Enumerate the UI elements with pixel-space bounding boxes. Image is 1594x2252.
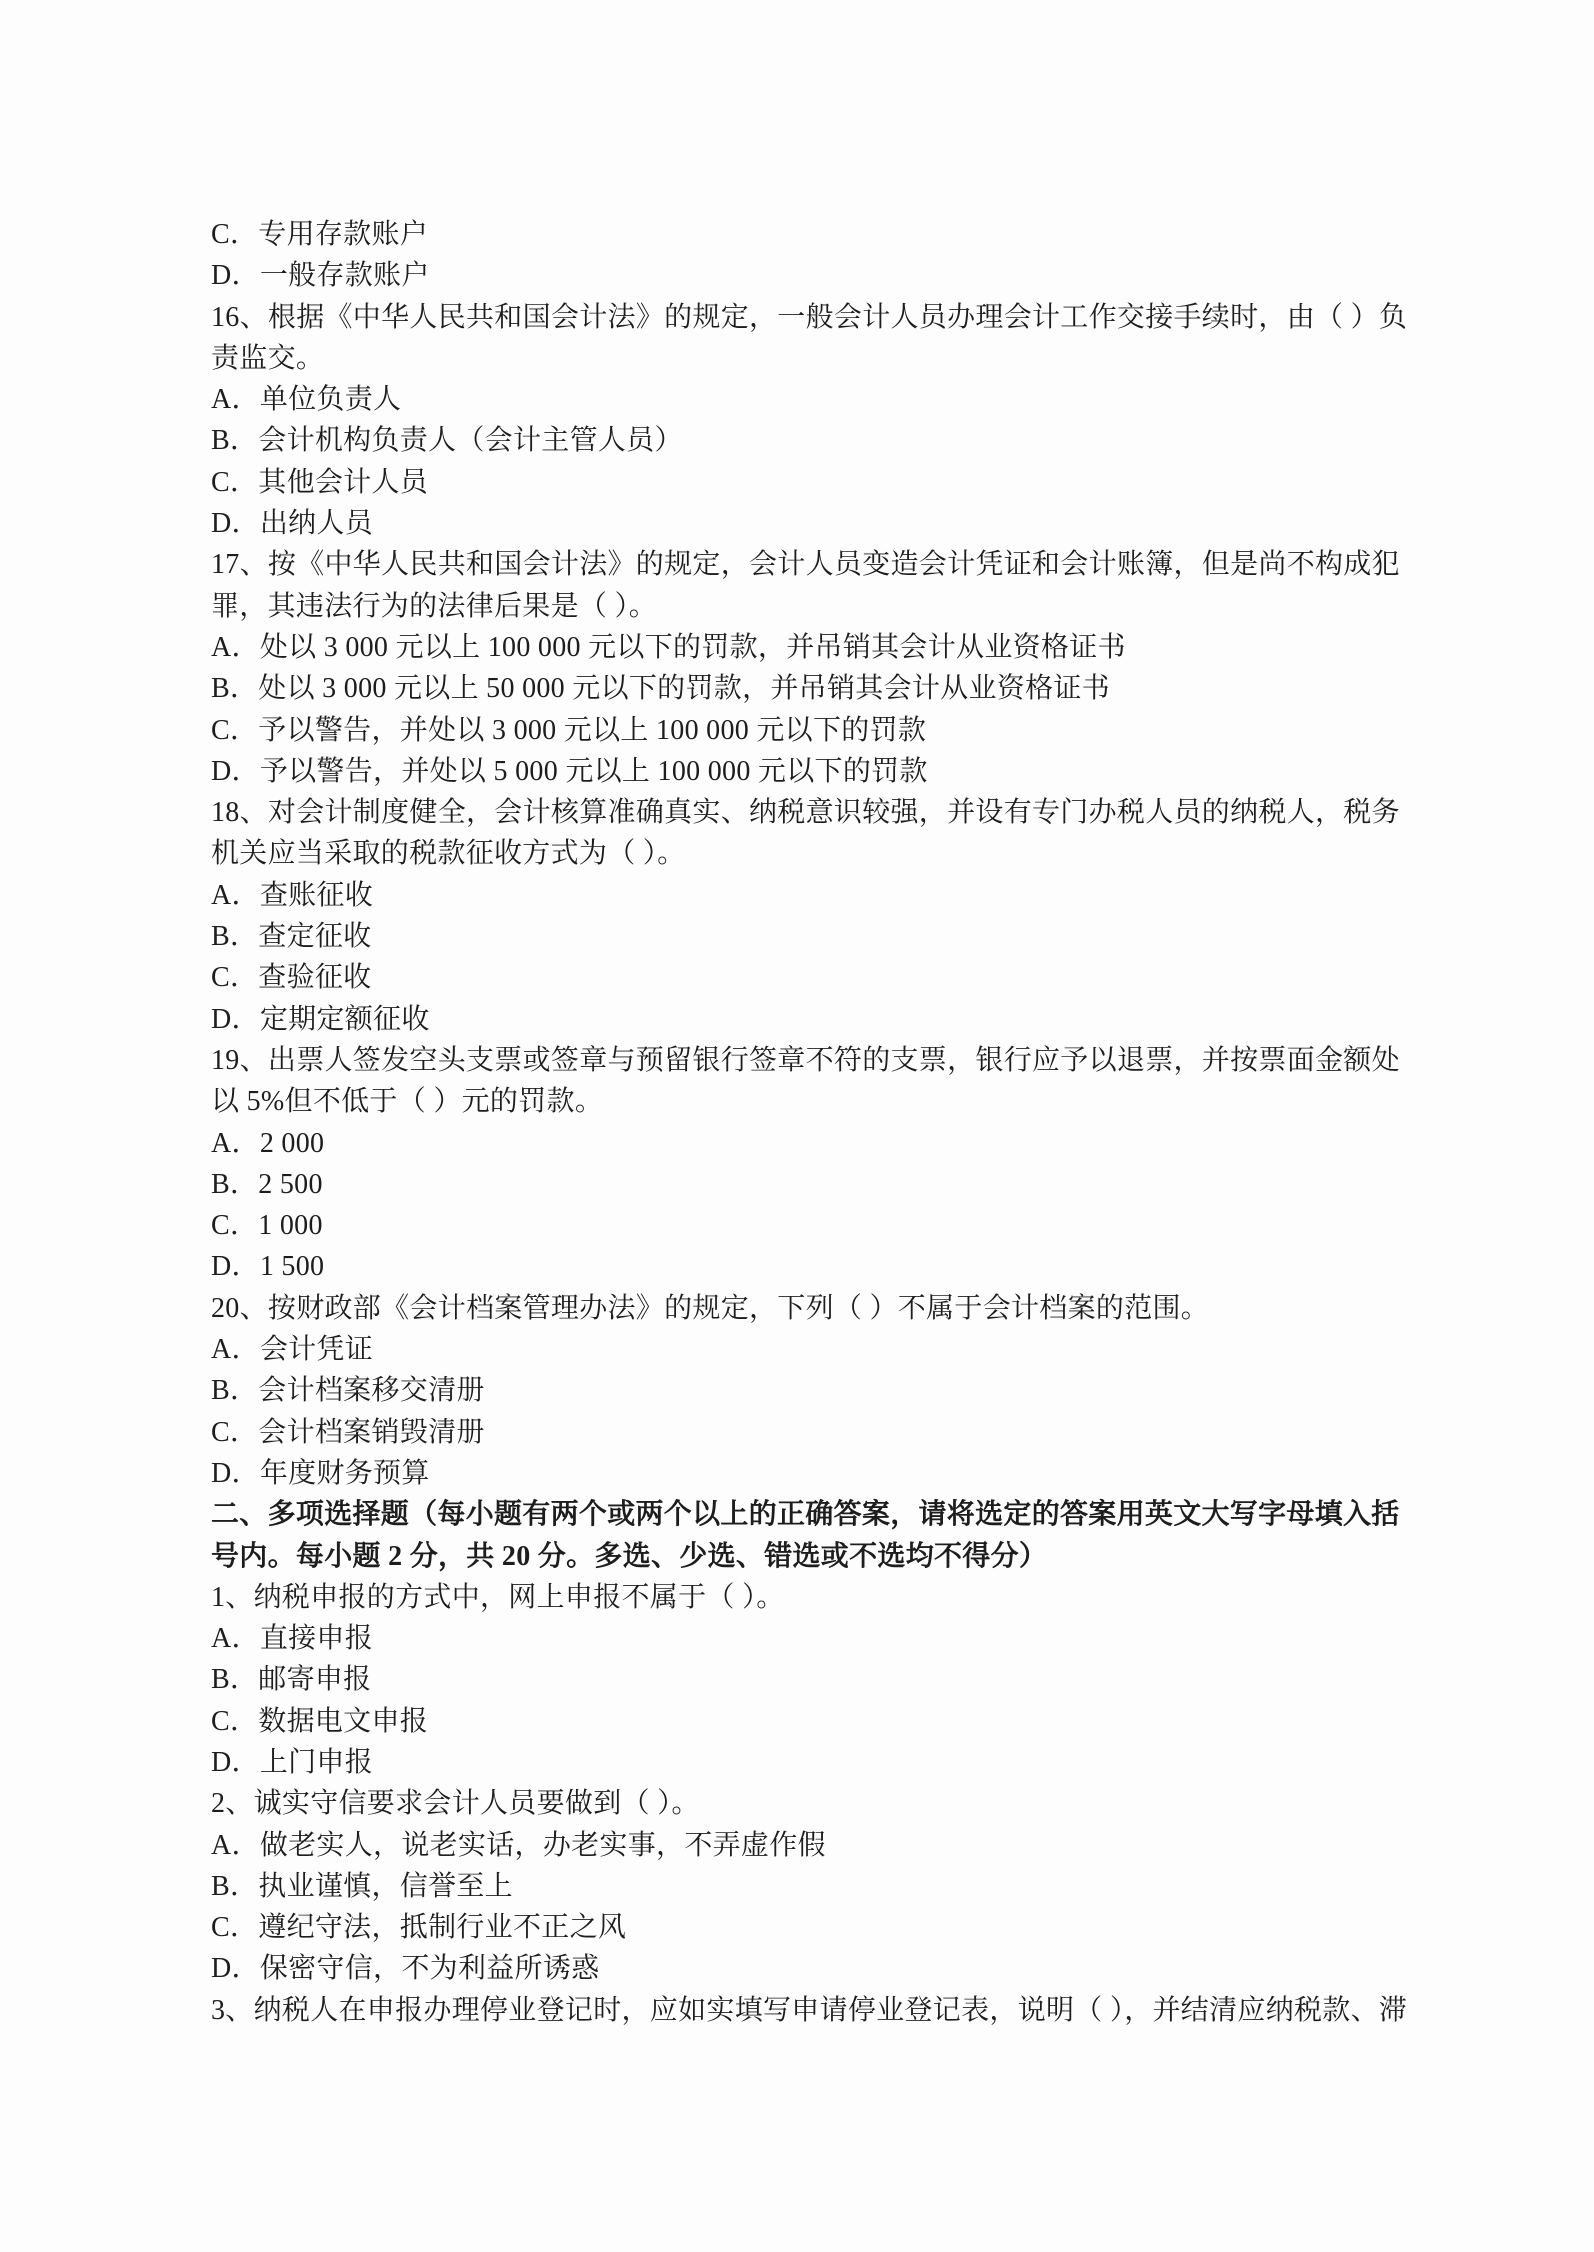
option-line: D．年度财务预算 <box>211 1453 1421 1494</box>
option-line: C．予以警告，并处以 3 000 元以上 100 000 元以下的罚款 <box>211 710 1421 751</box>
question-line: 2、诚实守信要求会计人员要做到（ ）。 <box>211 1783 1421 1824</box>
option-line: C．专用存款账户 <box>211 214 1421 255</box>
question-line: 18、对会计制度健全，会计核算准确真实、纳税意识较强，并设有专门办税人员的纳税人… <box>211 792 1421 833</box>
option-line: D．保密守信，不为利益所诱惑 <box>211 1948 1421 1989</box>
option-line: D．予以警告，并处以 5 000 元以上 100 000 元以下的罚款 <box>211 751 1421 792</box>
option-line: C．会计档案销毁清册 <box>211 1412 1421 1453</box>
option-line: A．直接申报 <box>211 1618 1421 1659</box>
option-line: B．会计档案移交清册 <box>211 1370 1421 1411</box>
question-line: 20、按财政部《会计档案管理办法》的规定，下列（ ）不属于会计档案的范围。 <box>211 1288 1421 1329</box>
question-line: 1、纳税申报的方式中，网上申报不属于（ ）。 <box>211 1577 1421 1618</box>
question-line: 17、按《中华人民共和国会计法》的规定，会计人员变造会计凭证和会计账簿，但是尚不… <box>211 544 1421 585</box>
option-line: C．1 000 <box>211 1205 1421 1246</box>
option-line: B．2 500 <box>211 1164 1421 1205</box>
option-line: A．查账征收 <box>211 875 1421 916</box>
option-line: A．处以 3 000 元以上 100 000 元以下的罚款，并吊销其会计从业资格… <box>211 627 1421 668</box>
option-line: D．出纳人员 <box>211 503 1421 544</box>
document-text-block: C．专用存款账户D．一般存款账户16、根据《中华人民共和国会计法》的规定，一般会… <box>211 214 1421 2031</box>
option-line: A．会计凭证 <box>211 1329 1421 1370</box>
option-line: C．遵纪守法，抵制行业不正之风 <box>211 1907 1421 1948</box>
option-line: B．查定征收 <box>211 916 1421 957</box>
option-line: D．1 500 <box>211 1246 1421 1287</box>
option-line: A．2 000 <box>211 1123 1421 1164</box>
question-line: 16、根据《中华人民共和国会计法》的规定，一般会计人员办理会计工作交接手续时，由… <box>211 297 1421 338</box>
option-line: B．会计机构负责人（会计主管人员） <box>211 420 1421 461</box>
question-continuation-line: 罪，其违法行为的法律后果是（ ）。 <box>211 586 1421 627</box>
option-line: A．单位负责人 <box>211 379 1421 420</box>
option-line: D．定期定额征收 <box>211 999 1421 1040</box>
question-line: 19、出票人签发空头支票或签章与预留银行签章不符的支票，银行应予以退票，并按票面… <box>211 1040 1421 1081</box>
question-continuation-line: 机关应当采取的税款征收方式为（ ）。 <box>211 833 1421 874</box>
option-line: C．数据电文申报 <box>211 1701 1421 1742</box>
section-header-line: 二、多项选择题（每小题有两个或两个以上的正确答案，请将选定的答案用英文大写字母填… <box>211 1494 1421 1535</box>
question-continuation-line: 以 5%但不低于（ ）元的罚款。 <box>211 1081 1421 1122</box>
option-line: C．查验征收 <box>211 957 1421 998</box>
option-line: A．做老实人，说老实话，办老实事，不弄虚作假 <box>211 1825 1421 1866</box>
question-continuation-line: 责监交。 <box>211 338 1421 379</box>
option-line: D．一般存款账户 <box>211 255 1421 296</box>
option-line: B．处以 3 000 元以上 50 000 元以下的罚款，并吊销其会计从业资格证… <box>211 668 1421 709</box>
option-line: B．执业谨慎，信誉至上 <box>211 1866 1421 1907</box>
option-line: D．上门申报 <box>211 1742 1421 1783</box>
option-line: B．邮寄申报 <box>211 1659 1421 1700</box>
section-header-continuation-line: 号内。每小题 2 分，共 20 分。多选、少选、错选或不选均不得分） <box>211 1536 1421 1577</box>
option-line: C．其他会计人员 <box>211 462 1421 503</box>
exam-paper-page: C．专用存款账户D．一般存款账户16、根据《中华人民共和国会计法》的规定，一般会… <box>0 0 1594 2252</box>
question-line: 3、纳税人在申报办理停业登记时，应如实填写申请停业登记表，说明（ ），并结清应纳… <box>211 1990 1421 2031</box>
